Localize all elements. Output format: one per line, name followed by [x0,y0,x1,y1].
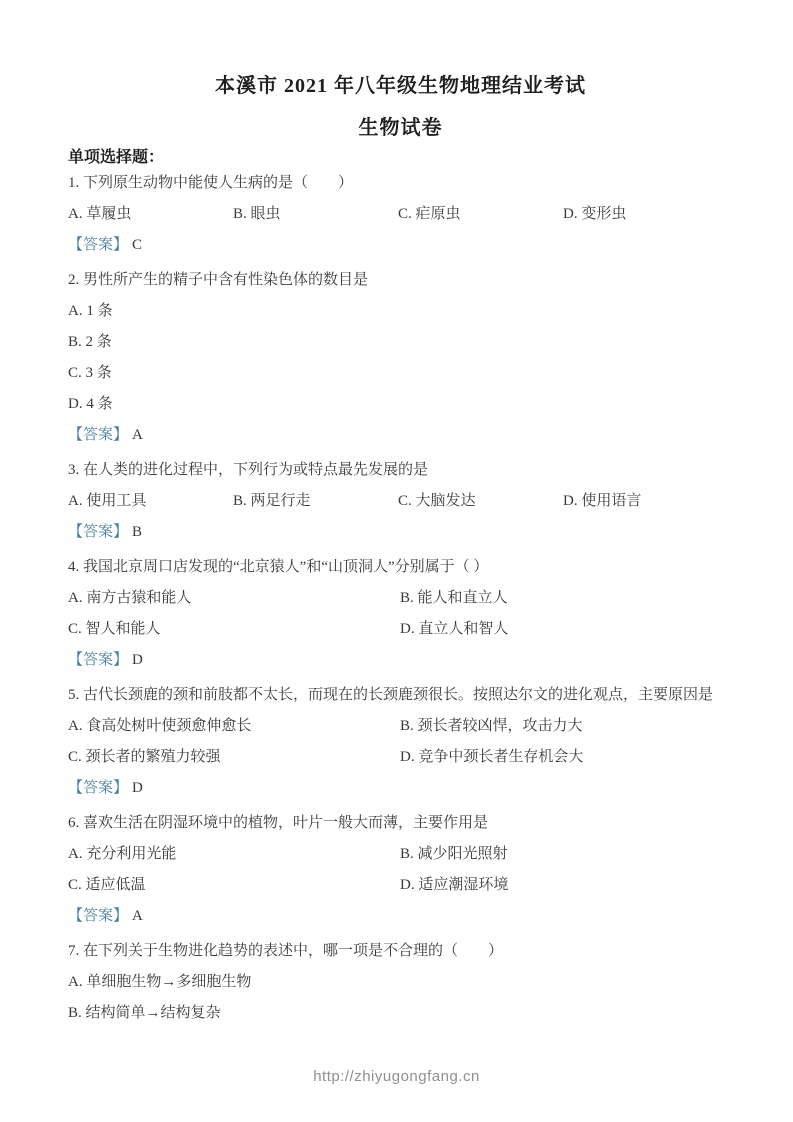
option-a: A. 1 条 [68,296,733,327]
option-c: C. 智人和能人 [68,614,400,645]
answer-label: 【答案】 [68,427,128,443]
question-stem: 2. 男性所产生的精子中含有性染色体的数目是 [68,265,733,296]
question-4: 4. 我国北京周口店发现的“北京猿人”和“山顶洞人”分别属于（ ） A. 南方古… [68,552,733,676]
option-b: B. 两足行走 [233,486,398,517]
question-stem: 6. 喜欢生活在阴湿环境中的植物，叶片一般大而薄，主要作用是 [68,808,733,839]
question-5: 5. 古代长颈鹿的颈和前肢都不太长，而现在的长颈鹿颈很长。按照达尔文的进化观点，… [68,680,733,804]
answer-letter: D [132,652,143,668]
option-b: B. 2 条 [68,327,733,358]
option-b: B. 结构简单→结构复杂 [68,998,733,1029]
option-a: A. 充分利用光能 [68,839,400,870]
question-stem: 5. 古代长颈鹿的颈和前肢都不太长，而现在的长颈鹿颈很长。按照达尔文的进化观点，… [68,680,733,711]
page-subtitle: 生物试卷 [68,116,733,140]
option-d: D. 适应潮湿环境 [400,870,733,901]
option-c: C. 适应低温 [68,870,400,901]
answer-line: 【答案】D [68,773,733,804]
option-c: C. 3 条 [68,358,733,389]
option-a: A. 南方古猿和能人 [68,583,400,614]
answer-line: 【答案】B [68,517,733,548]
answer-label: 【答案】 [68,524,128,540]
option-d: D. 变形虫 [563,199,733,230]
option-b: B. 颈长者较凶悍，攻击力大 [400,711,733,742]
option-c: C. 疟原虫 [398,199,563,230]
question-1: 1. 下列原生动物中能使人生病的是（ ） A. 草履虫 B. 眼虫 C. 疟原虫… [68,168,733,261]
option-d: D. 4 条 [68,389,733,420]
options-row: A. 草履虫 B. 眼虫 C. 疟原虫 D. 变形虫 [68,199,733,230]
options-row: A. 使用工具 B. 两足行走 C. 大脑发达 D. 使用语言 [68,486,733,517]
answer-line: 【答案】A [68,420,733,451]
answer-line: 【答案】A [68,901,733,932]
options-row: C. 适应低温 D. 适应潮湿环境 [68,870,733,901]
options-row: A. 食高处树叶使颈愈伸愈长 B. 颈长者较凶悍，攻击力大 [68,711,733,742]
answer-label: 【答案】 [68,237,128,253]
question-2: 2. 男性所产生的精子中含有性染色体的数目是 A. 1 条 B. 2 条 C. … [68,265,733,451]
question-stem: 3. 在人类的进化过程中，下列行为或特点最先发展的是 [68,455,733,486]
answer-letter: C [132,237,142,253]
answer-letter: A [132,427,143,443]
option-d: D. 直立人和智人 [400,614,733,645]
options-row: A. 充分利用光能 B. 减少阳光照射 [68,839,733,870]
question-stem: 7. 在下列关于生物进化趋势的表述中，哪一项是不合理的（ ） [68,936,733,967]
option-d: D. 使用语言 [563,486,733,517]
answer-line: 【答案】D [68,645,733,676]
option-a: A. 单细胞生物→多细胞生物 [68,967,733,998]
answer-label: 【答案】 [68,652,128,668]
exam-paper-page: 本溪市 2021 年八年级生物地理结业考试 生物试卷 单项选择题： 1. 下列原… [0,0,793,1122]
question-7: 7. 在下列关于生物进化趋势的表述中，哪一项是不合理的（ ） A. 单细胞生物→… [68,936,733,1029]
answer-label: 【答案】 [68,780,128,796]
options-row: C. 智人和能人 D. 直立人和智人 [68,614,733,645]
option-d: D. 竞争中颈长者生存机会大 [400,742,733,773]
question-6: 6. 喜欢生活在阴湿环境中的植物，叶片一般大而薄，主要作用是 A. 充分利用光能… [68,808,733,932]
option-c: C. 大脑发达 [398,486,563,517]
question-stem: 1. 下列原生动物中能使人生病的是（ ） [68,168,733,199]
option-b: B. 能人和直立人 [400,583,733,614]
option-a: A. 食高处树叶使颈愈伸愈长 [68,711,400,742]
question-3: 3. 在人类的进化过程中，下列行为或特点最先发展的是 A. 使用工具 B. 两足… [68,455,733,548]
answer-label: 【答案】 [68,908,128,924]
option-a: A. 草履虫 [68,199,233,230]
option-b: B. 眼虫 [233,199,398,230]
section-heading: 单项选择题： [68,148,733,168]
options-row: C. 颈长者的繁殖力较强 D. 竞争中颈长者生存机会大 [68,742,733,773]
page-title: 本溪市 2021 年八年级生物地理结业考试 [68,74,733,98]
question-stem: 4. 我国北京周口店发现的“北京猿人”和“山顶洞人”分别属于（ ） [68,552,733,583]
option-b: B. 减少阳光照射 [400,839,733,870]
answer-letter: A [132,908,143,924]
answer-letter: B [132,524,142,540]
option-c: C. 颈长者的繁殖力较强 [68,742,400,773]
answer-letter: D [132,780,143,796]
answer-line: 【答案】C [68,230,733,261]
watermark-url: http://zhiyugongfang.cn [0,1068,793,1085]
option-a: A. 使用工具 [68,486,233,517]
options-row: A. 南方古猿和能人 B. 能人和直立人 [68,583,733,614]
